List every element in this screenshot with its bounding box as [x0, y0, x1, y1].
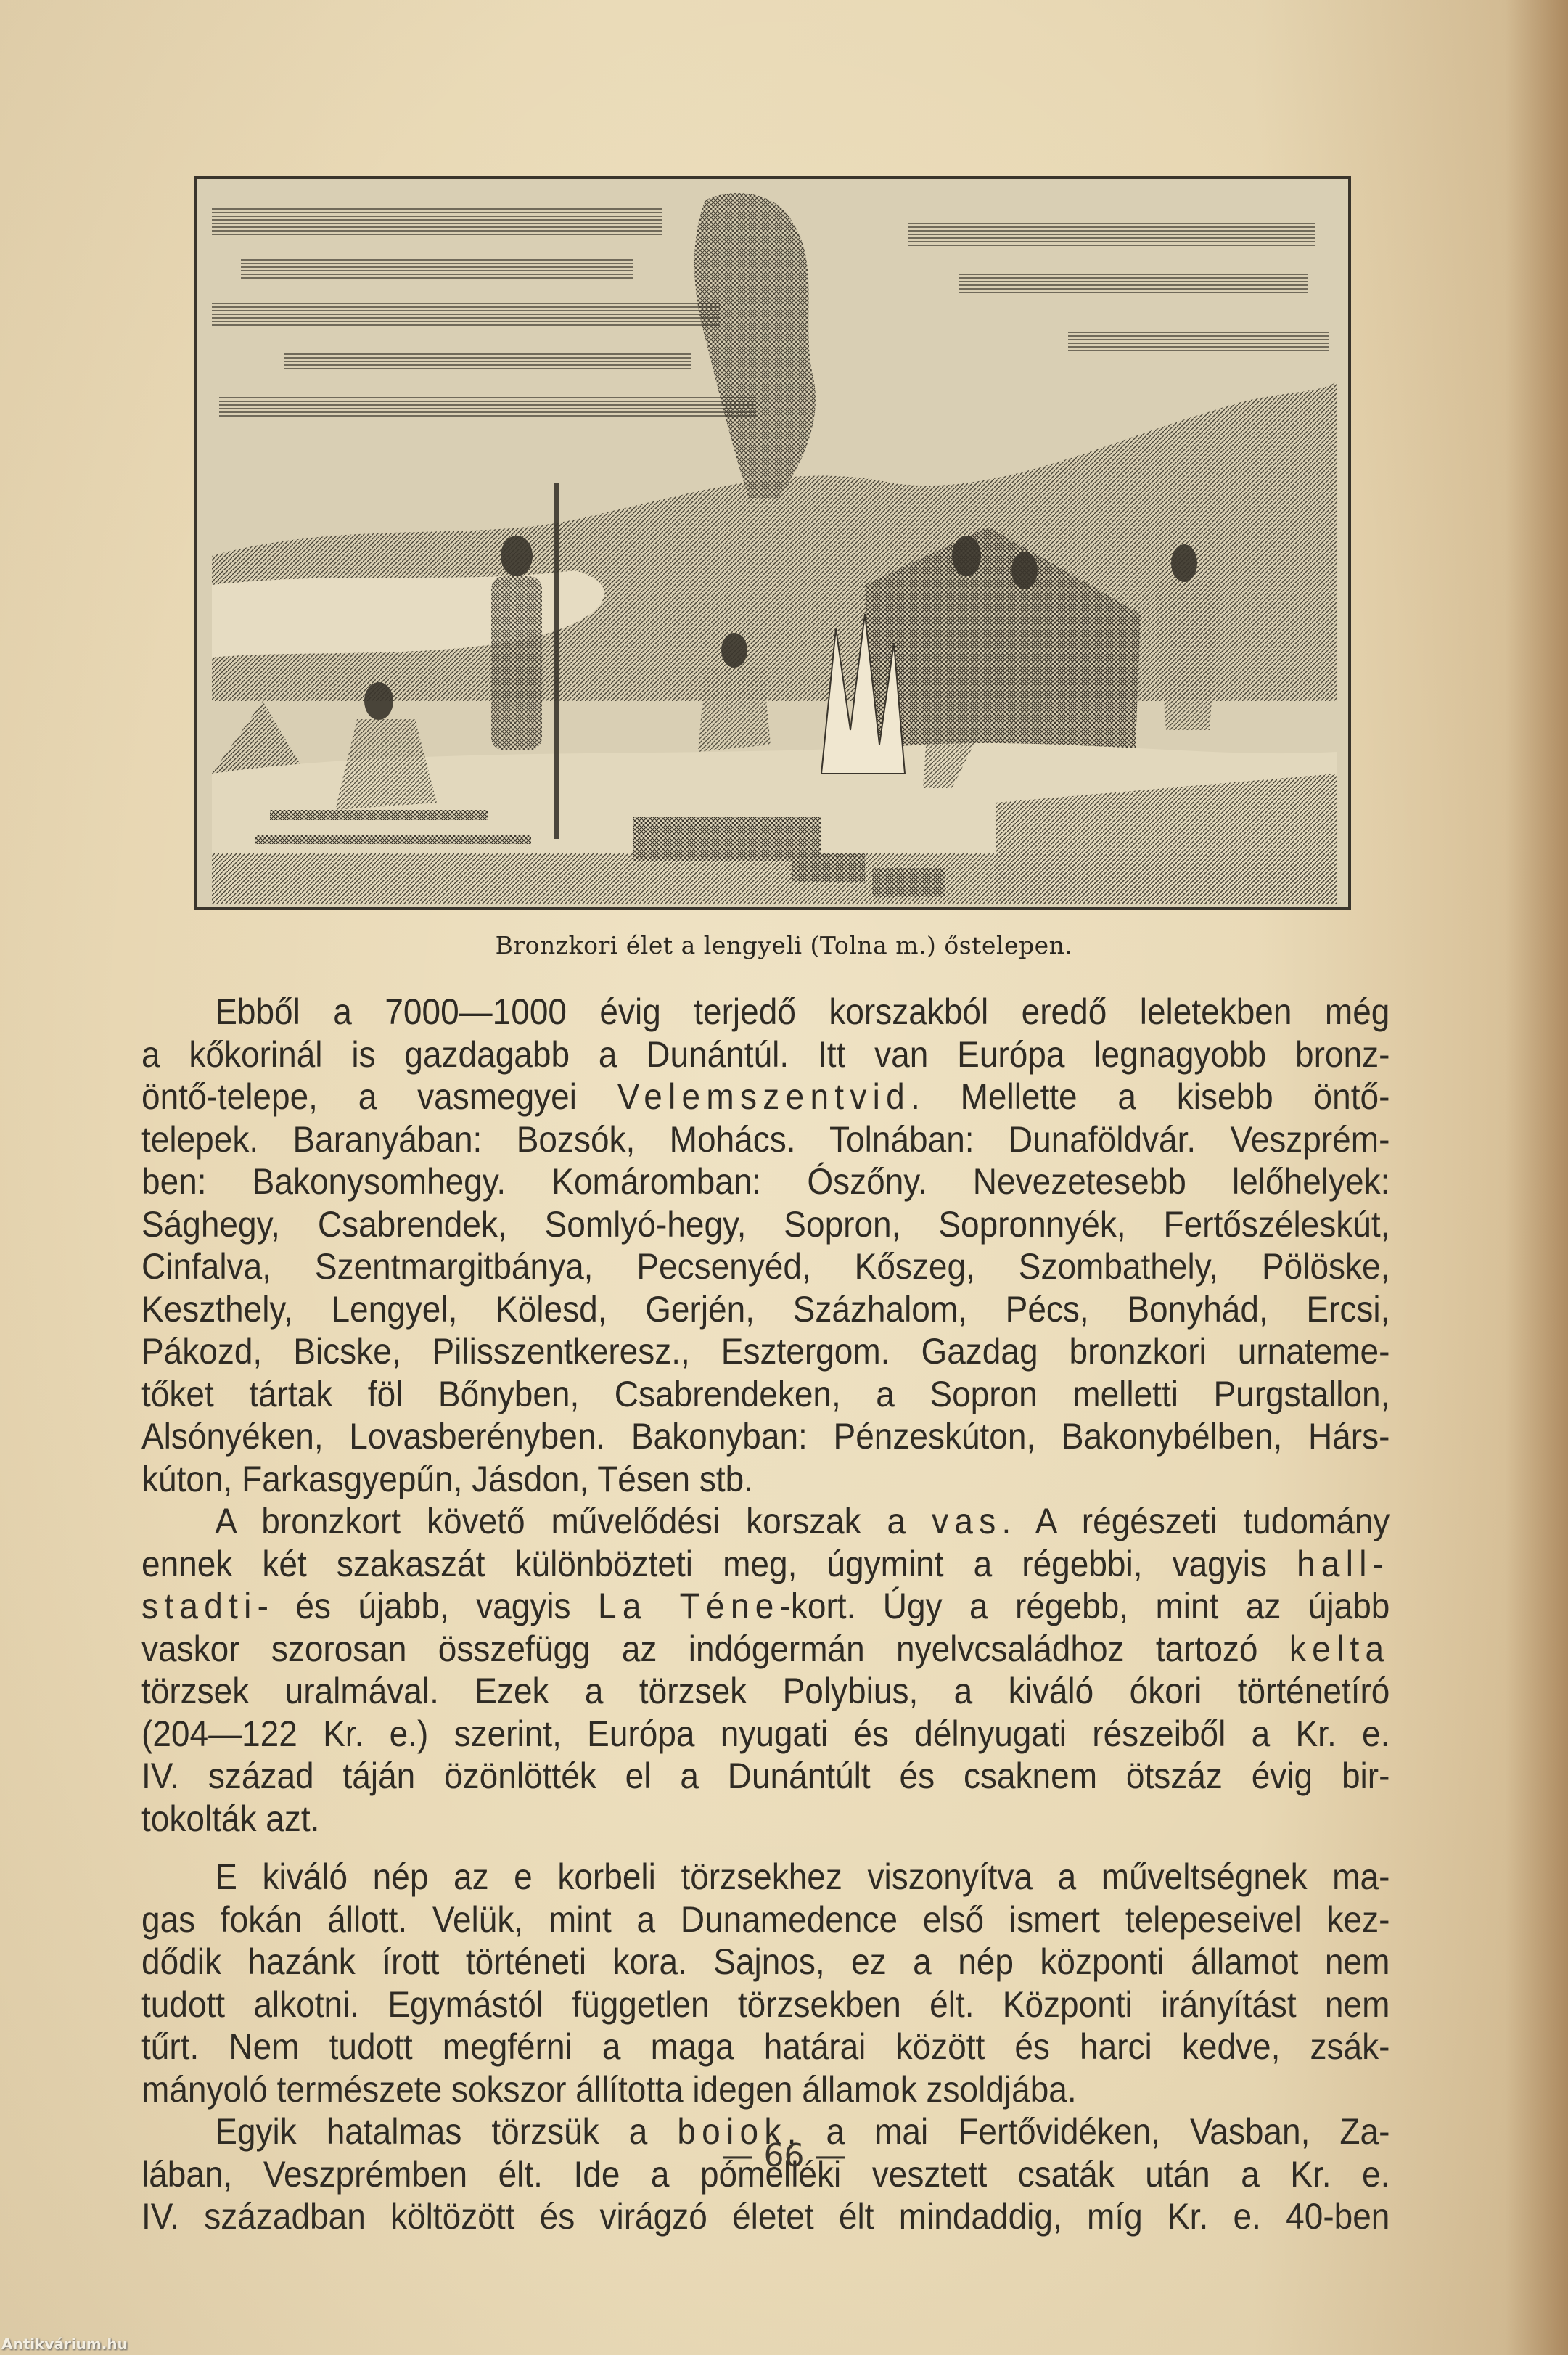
text-line: törzsek uralmával. Ezek a törzsek Polybi… — [141, 1670, 1390, 1713]
text-line: telepek. Baranyában: Bozsók, Mohács. Tol… — [141, 1118, 1390, 1161]
text-line: Alsónyéken, Lovasberényben. Bakonyban: P… — [141, 1415, 1390, 1458]
body-text: Ebből a 7000—1000 évig terjedő korszakbó… — [141, 991, 1289, 2238]
paragraph: E kiváló nép az e korbeli törzsekhez vis… — [141, 1856, 1289, 2110]
text-line: tudott alkotni. Egymástól független törz… — [141, 1983, 1390, 2026]
text-line: kúton, Farkasgyepűn, Jásdon, Tésen stb. — [141, 1458, 1390, 1501]
text-line: gas fokán állott. Velük, mint a Dunamede… — [141, 1899, 1390, 1941]
text-line: tűrt. Nem tudott megférni a maga határai… — [141, 2026, 1390, 2068]
figure-caption: Bronzkori élet a lengyeli (Tolna m.) őst… — [0, 931, 1568, 959]
text-line: vaskor szorosan összefügg az indógermán … — [141, 1628, 1390, 1671]
text-line: Keszthely, Lengyel, Kölesd, Gerjén, Száz… — [141, 1288, 1390, 1331]
text-line: tokolták azt. — [141, 1798, 1390, 1840]
emphasized-term: vas — [932, 1501, 1001, 1541]
text-line: Sághegy, Csabrendek, Somlyó-hegy, Sopron… — [141, 1203, 1390, 1246]
text-line: mányoló természete sokszor állította ide… — [141, 2068, 1390, 2111]
emphasized-term: stadti — [141, 1586, 258, 1626]
text-line: Cinfalva, Szentmargitbánya, Pecsenyéd, K… — [141, 1245, 1390, 1288]
illustration-bronze-age-settlement — [194, 176, 1351, 910]
text-line: ben: Bakonysomhegy. Komáromban: Ószőny. … — [141, 1160, 1390, 1203]
emphasized-term: Velemszentvid — [617, 1076, 911, 1117]
emphasized-term: hall- — [1297, 1544, 1390, 1584]
text-line: A bronzkort követő művelődési korszak a … — [141, 1500, 1390, 1543]
text-line: tőket tártak föl Bőnyben, Csabrendeken, … — [141, 1373, 1390, 1416]
text-line: öntő-telepe, a vasmegyei Velemszentvid. … — [141, 1076, 1390, 1118]
emphasized-term: La Téne — [598, 1586, 780, 1626]
text-line: IV. században költözött és virágzó élete… — [141, 2195, 1390, 2238]
text-line: a kőkorinál is gazdagabb a Dunántúl. Itt… — [141, 1033, 1390, 1076]
page-number: — 66 — — [0, 2137, 1568, 2174]
text-line: IV. század táján özönlötték el a Dunántú… — [141, 1755, 1390, 1798]
paragraph: Ebből a 7000—1000 évig terjedő korszakbó… — [141, 991, 1289, 1500]
text-line: dődik hazánk írott történeti kora. Sajno… — [141, 1941, 1390, 1983]
paragraph: A bronzkort követő művelődési korszak a … — [141, 1500, 1289, 1840]
watermark: Antikvárium.hu — [1, 2335, 128, 2353]
text-line: (204—122 Kr. e.) szerint, Európa nyugati… — [141, 1713, 1390, 1756]
text-line: E kiváló nép az e korbeli törzsekhez vis… — [141, 1856, 1390, 1899]
engraving-image — [197, 179, 1348, 907]
text-line: Pákozd, Bicske, Pilisszentkeresz., Eszte… — [141, 1330, 1390, 1373]
text-line: ennek két szakaszát különbözteti meg, úg… — [141, 1543, 1390, 1586]
text-line: Ebből a 7000—1000 évig terjedő korszakbó… — [141, 991, 1390, 1033]
paragraph-gap — [141, 1840, 1289, 1856]
text-line: stadti- és újabb, vagyis La Téne-kort. Ú… — [141, 1585, 1390, 1628]
emphasized-term: kelta — [1289, 1629, 1390, 1669]
